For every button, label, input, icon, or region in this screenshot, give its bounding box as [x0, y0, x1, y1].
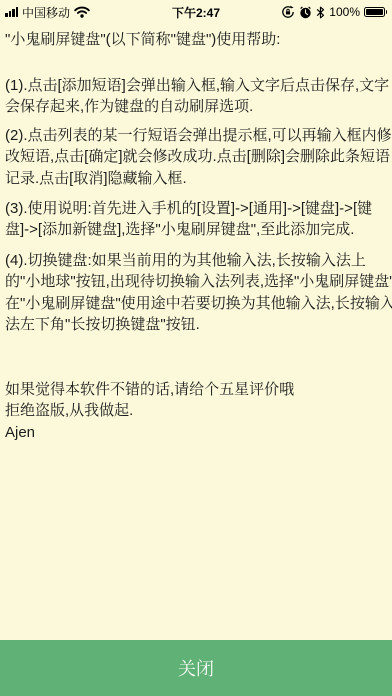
battery-icon — [364, 7, 387, 17]
help-text-line: (3).使用说明:首先进入手机的[设置]->[通用]->[键盘]->[键 — [5, 198, 388, 220]
help-text-line: 法左下角"长按切换键盘"按钮. — [5, 314, 388, 336]
help-text-line: 会保存起来,作为键盘的自动刷屏选项. — [5, 96, 388, 118]
help-paragraph-1: (1).点击[添加短语]会弹出输入框,输入文字后点击保存,文字 会保存起来,作为… — [5, 75, 388, 118]
help-paragraph-4: (4).切换键盘:如果当前用的为其他输入法,长按输入法上 的"小地球"按钮,出现… — [5, 250, 388, 336]
help-text-line: (1).点击[添加短语]会弹出输入框,输入文字后点击保存,文字 — [5, 75, 388, 97]
cellular-signal-icon — [5, 7, 18, 17]
status-bar: 中国移动 下午2:47 100% — [0, 0, 392, 22]
orientation-lock-icon — [281, 5, 295, 19]
wifi-icon — [74, 6, 90, 18]
help-text-line: (4).切换键盘:如果当前用的为其他输入法,长按输入法上 — [5, 250, 388, 272]
help-screen: 中国移动 下午2:47 100% — [0, 0, 392, 696]
status-time: 下午2:47 — [172, 4, 220, 21]
help-text-line: 的"小地球"按钮,出现待切换输入法列表,选择"小鬼刷屏键盘". — [5, 271, 388, 293]
help-text-line: 记录.点击[取消]隐藏输入框. — [5, 168, 388, 190]
help-title: "小鬼刷屏键盘"(以下简称"键盘")使用帮助: — [5, 29, 388, 51]
status-bar-left: 中国移动 — [5, 4, 172, 21]
bluetooth-icon — [316, 6, 325, 19]
rating-request-line: 如果觉得本软件不错的话,请给个五星评价哦 — [5, 379, 388, 401]
help-footer: 如果觉得本软件不错的话,请给个五星评价哦 拒绝盗版,从我做起. Ajen — [5, 379, 388, 444]
help-text-line: (2).点击列表的某一行短语会弹出提示框,可以再输入框内修 — [5, 125, 388, 147]
battery-percent-label: 100% — [329, 5, 360, 19]
help-text-line: 改短语,点击[确定]就会修改成功.点击[删除]会删除此条短语 — [5, 146, 388, 168]
help-scroll-area[interactable]: "小鬼刷屏键盘"(以下简称"键盘")使用帮助: (1).点击[添加短语]会弹出输… — [0, 22, 392, 443]
close-button[interactable]: 关闭 — [0, 640, 392, 696]
help-text-line: 在"小鬼刷屏键盘"使用途中若要切换为其他输入法,长按输入 — [5, 293, 388, 315]
help-paragraph-2: (2).点击列表的某一行短语会弹出提示框,可以再输入框内修 改短语,点击[确定]… — [5, 125, 388, 190]
alarm-icon — [299, 6, 312, 19]
carrier-label: 中国移动 — [22, 4, 70, 21]
status-bar-right: 100% — [220, 5, 387, 19]
help-text-line: 盘]->[添加新键盘],选择"小鬼刷屏键盘",至此添加完成. — [5, 219, 388, 241]
help-paragraph-3: (3).使用说明:首先进入手机的[设置]->[通用]->[键盘]->[键 盘]-… — [5, 198, 388, 241]
anti-piracy-line: 拒绝盗版,从我做起. — [5, 400, 388, 422]
author-signature: Ajen — [5, 422, 388, 444]
